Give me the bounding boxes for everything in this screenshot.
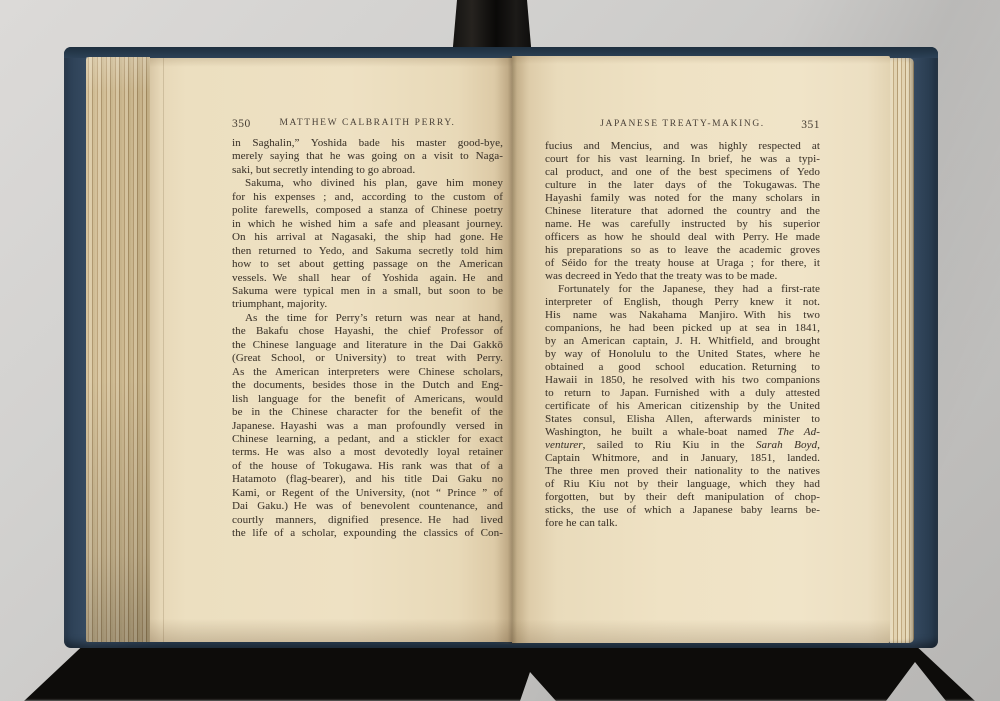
text-line: The three men proved their nationality t… bbox=[545, 465, 820, 478]
text-line: by way of Honolulu to the United States,… bbox=[545, 348, 820, 361]
text-line: by an American captain, J. H. Whitfield,… bbox=[545, 335, 820, 348]
photo-stage: 350 MATTHEW CALBRAITH PERRY. in Saghalin… bbox=[0, 0, 1000, 701]
right-running-head-row: JAPANESE TREATY-MAKING. 351 bbox=[545, 119, 820, 133]
text-line: Sakuma were typical men in a small, but … bbox=[232, 285, 503, 298]
text-line: As the time for Perry’s return was near … bbox=[232, 312, 503, 325]
text-line: his preparations so as to leave the acad… bbox=[545, 244, 820, 257]
text-line: companions, he had been picked up at sea… bbox=[545, 322, 820, 335]
text-line: for his expenses ; and, according to the… bbox=[232, 191, 503, 204]
text-line: saki, but secretly intending to go abroa… bbox=[232, 164, 503, 177]
text-line: vessels. We shall hear of Yoshida again.… bbox=[232, 272, 503, 285]
left-page-text: in Saghalin,” Yoshida bade his master go… bbox=[232, 137, 503, 541]
text-line: the documents, besides those in the Dutc… bbox=[232, 379, 503, 392]
text-line: As the American interpreters were Chines… bbox=[232, 366, 503, 379]
text-line: Washington, he built a whale-boat named … bbox=[545, 426, 820, 439]
left-running-head-row: 350 MATTHEW CALBRAITH PERRY. bbox=[232, 118, 503, 132]
text-line: Hatamoto (flag-bearer), and his title Da… bbox=[232, 473, 503, 486]
text-line: court for his vast learning. In brief, h… bbox=[545, 153, 820, 166]
text-line: courtly manners, dignified presence. He … bbox=[232, 514, 503, 527]
text-line: cal product, and one of the best specime… bbox=[545, 166, 820, 179]
right-page-text: fucius and Mencius, and was highly respe… bbox=[545, 140, 820, 530]
text-line: Japanese. Hayashi was a man profoundly v… bbox=[232, 420, 503, 433]
text-line: of Riu Kiu not by their language, which … bbox=[545, 478, 820, 491]
text-line: His name was Nakahama Manjiro. With his … bbox=[545, 309, 820, 322]
text-line: name. He was carefully instructed by his… bbox=[545, 218, 820, 231]
text-line: of Séido for the treaty house at Uraga ;… bbox=[545, 257, 820, 270]
text-line: terms. He was also a most devotedly loya… bbox=[232, 446, 503, 459]
text-line: interpreter of English, though Perry kne… bbox=[545, 296, 820, 309]
text-line: triumphant, majority. bbox=[232, 298, 503, 311]
text-line: the life of a scholar, expounding the cl… bbox=[232, 527, 503, 540]
text-line: forgotten, but by their deft manipulatio… bbox=[545, 491, 820, 504]
text-line: in which he wished him a safe and pleasa… bbox=[232, 218, 503, 231]
text-line: the Bakafu chose Hayashi, the chief Prof… bbox=[232, 325, 503, 338]
right-page-number: 351 bbox=[801, 119, 820, 131]
fore-edge-right bbox=[890, 58, 914, 643]
text-line: culture in the later days of the Tokugaw… bbox=[545, 179, 820, 192]
text-line: fucius and Mencius, and was highly respe… bbox=[545, 140, 820, 153]
text-line: Kami, or Regent of the University, (not … bbox=[232, 487, 503, 500]
text-line: Chinese learning, a pedant, and a stickl… bbox=[232, 433, 503, 446]
text-line: Captain Whitmore, and in January, 1851, … bbox=[545, 452, 820, 465]
left-running-head: MATTHEW CALBRAITH PERRY. bbox=[232, 118, 503, 132]
text-line: the Chinese language and literature in t… bbox=[232, 339, 503, 352]
text-line: of the house of Tokugawa. His rank was t… bbox=[232, 460, 503, 473]
text-line: officers as how he should deal with Perr… bbox=[545, 231, 820, 244]
text-line: Sakuma, who divined his plan, gave him m… bbox=[232, 177, 503, 190]
text-line: in Saghalin,” Yoshida bade his master go… bbox=[232, 137, 503, 150]
text-line: States consul, Elisha Allen, afterwards … bbox=[545, 413, 820, 426]
text-line: how to set about getting passage on the … bbox=[232, 258, 503, 271]
text-line: polite farewells, composed a stanza of C… bbox=[232, 204, 503, 217]
text-line: Fortunately for the Japanese, they had a… bbox=[545, 283, 820, 296]
text-line: merely saying that he was going on a vis… bbox=[232, 150, 503, 163]
text-line: be in the Chinese character for the bene… bbox=[232, 406, 503, 419]
text-line: to return to Japan. Furnished with a dul… bbox=[545, 387, 820, 400]
fore-edge-left bbox=[86, 57, 150, 642]
text-line: lish language for the benefit of America… bbox=[232, 393, 503, 406]
text-line: sticks, the use of which a Japanese baby… bbox=[545, 504, 820, 517]
text-line: Hawaii in 1850, he resolved with his two… bbox=[545, 374, 820, 387]
text-line: obtained a good school education. Return… bbox=[545, 361, 820, 374]
text-line: Hayashi family was noted for the many sc… bbox=[545, 192, 820, 205]
right-running-head: JAPANESE TREATY-MAKING. bbox=[545, 119, 820, 133]
text-line: fore he can talk. bbox=[545, 517, 820, 530]
text-line: (Great School, or University) to treat w… bbox=[232, 352, 503, 365]
text-line: venturer, sailed to Riu Kiu in the Sarah… bbox=[545, 439, 820, 452]
text-line: On his arrival at Nagasaki, the ship had… bbox=[232, 231, 503, 244]
text-line: was decreed in Yedo that the treaty was … bbox=[545, 270, 820, 283]
text-line: Chinese literature that adorned the coun… bbox=[545, 205, 820, 218]
text-line: Dai Gaku.) He was of benevolent countena… bbox=[232, 500, 503, 513]
text-line: certificate of his American citizenship … bbox=[545, 400, 820, 413]
text-line: then returned to Yedo, and Sakuma secret… bbox=[232, 245, 503, 258]
